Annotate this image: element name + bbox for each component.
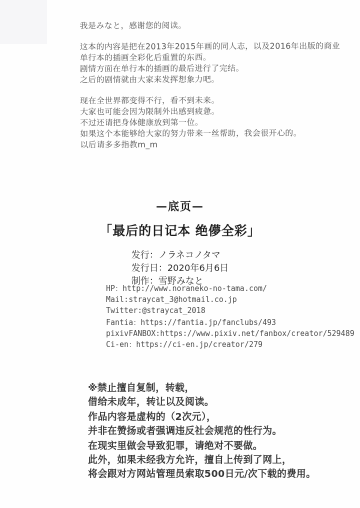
afterword-line: 大家也可能会因为限制外出感到疲惫。	[80, 106, 340, 118]
homepage-url: HP：http://www.noraneko-no-tama.com/	[106, 283, 354, 294]
notice-line: ※禁止擅自复制，转载，	[88, 382, 316, 396]
ci-en-url: Ci-en：https://ci-en.jp/creator/279	[106, 339, 354, 350]
afterword-line: 单行本的插画全彩化后重置的东西。	[80, 52, 340, 64]
afterword-paragraph: 我是みなと，感谢您的阅读。	[80, 20, 340, 32]
afterword-paragraph: 这本的内容是把在2013年2015年画的同人志，以及2016年出版的商业 单行本…	[80, 41, 340, 86]
afterword-line: 之后的剧情就由大家来发挥想象力吧。	[80, 74, 340, 86]
notice-line: 将会跟对方网站管理员索取500日元/次下载的费用。	[88, 468, 316, 482]
mail-address: Mail:straycat_3@hotmail.co.jp	[106, 294, 354, 305]
fantia-url: Fantia：https://fantia.jp/fanclubs/493	[106, 317, 354, 328]
legal-notice: ※禁止擅自复制，转载， 借给未成年，转让以及阅读。 作品内容是虚构的（2次元），…	[88, 382, 316, 483]
afterword-line: 剧情方面在单行本的插画的最后进行了完结。	[80, 63, 340, 75]
colophon-block: —底页— 「最后的日记本 绝儚全彩」 发行：ノラネコノタマ 发行日：2020年6…	[0, 198, 360, 289]
afterword-note: 我是みなと，感谢您的阅读。 这本的内容是把在2013年2015年画的同人志，以及…	[80, 20, 341, 161]
pixiv-fanbox-url: pixivFANBOX:https://www.pixiv.net/fanbox…	[106, 328, 354, 339]
publisher-line: 发行：ノラネコノタマ	[131, 250, 228, 263]
colophon-page: 我是みなと，感谢您的阅读。 这本的内容是把在2013年2015年画的同人志，以及…	[0, 0, 360, 508]
notice-line: 并非在赞扬或者强调违反社会规范的性行为。	[88, 425, 316, 439]
contact-links: HP：http://www.noraneko-no-tama.com/ Mail…	[106, 283, 354, 350]
afterword-line: 我是みなと，感谢您的阅读。	[80, 20, 340, 32]
afterword-line: 这本的内容是把在2013年2015年画的同人志，以及2016年出版的商业	[80, 41, 340, 53]
afterword-line: 如果这个本能够给大家的努力带来一丝帮助，我会很开心的。	[80, 128, 340, 140]
afterword-paragraph: 现在全世界都变得不行，看不到未来。 大家也可能会因为限制外出感到疲惫。 不过还请…	[80, 95, 340, 151]
notice-line: 在现实里做会导致犯罪，请绝对不要做。	[88, 440, 316, 454]
scan-artifact	[0, 0, 47, 44]
notice-line: 此外，如果未经我方允许，擅自上传到了网上，	[88, 454, 316, 468]
afterword-line: 现在全世界都变得不行，看不到未来。	[80, 95, 340, 107]
notice-line: 借给未成年，转让以及阅读。	[88, 396, 316, 410]
notice-line: 作品内容是虚构的（2次元），	[88, 411, 316, 425]
twitter-handle: Twitter:@straycat_2018	[106, 305, 354, 316]
afterword-line: 以后请多多指教m_m	[80, 139, 340, 151]
book-title: 「最后的日记本 绝儚全彩」	[0, 221, 360, 239]
afterword-line: 不过还请把身体健康放到第一位。	[80, 117, 340, 129]
section-header: —底页—	[0, 198, 360, 214]
publish-date-line: 发行日：2020年6月6日	[131, 263, 228, 276]
